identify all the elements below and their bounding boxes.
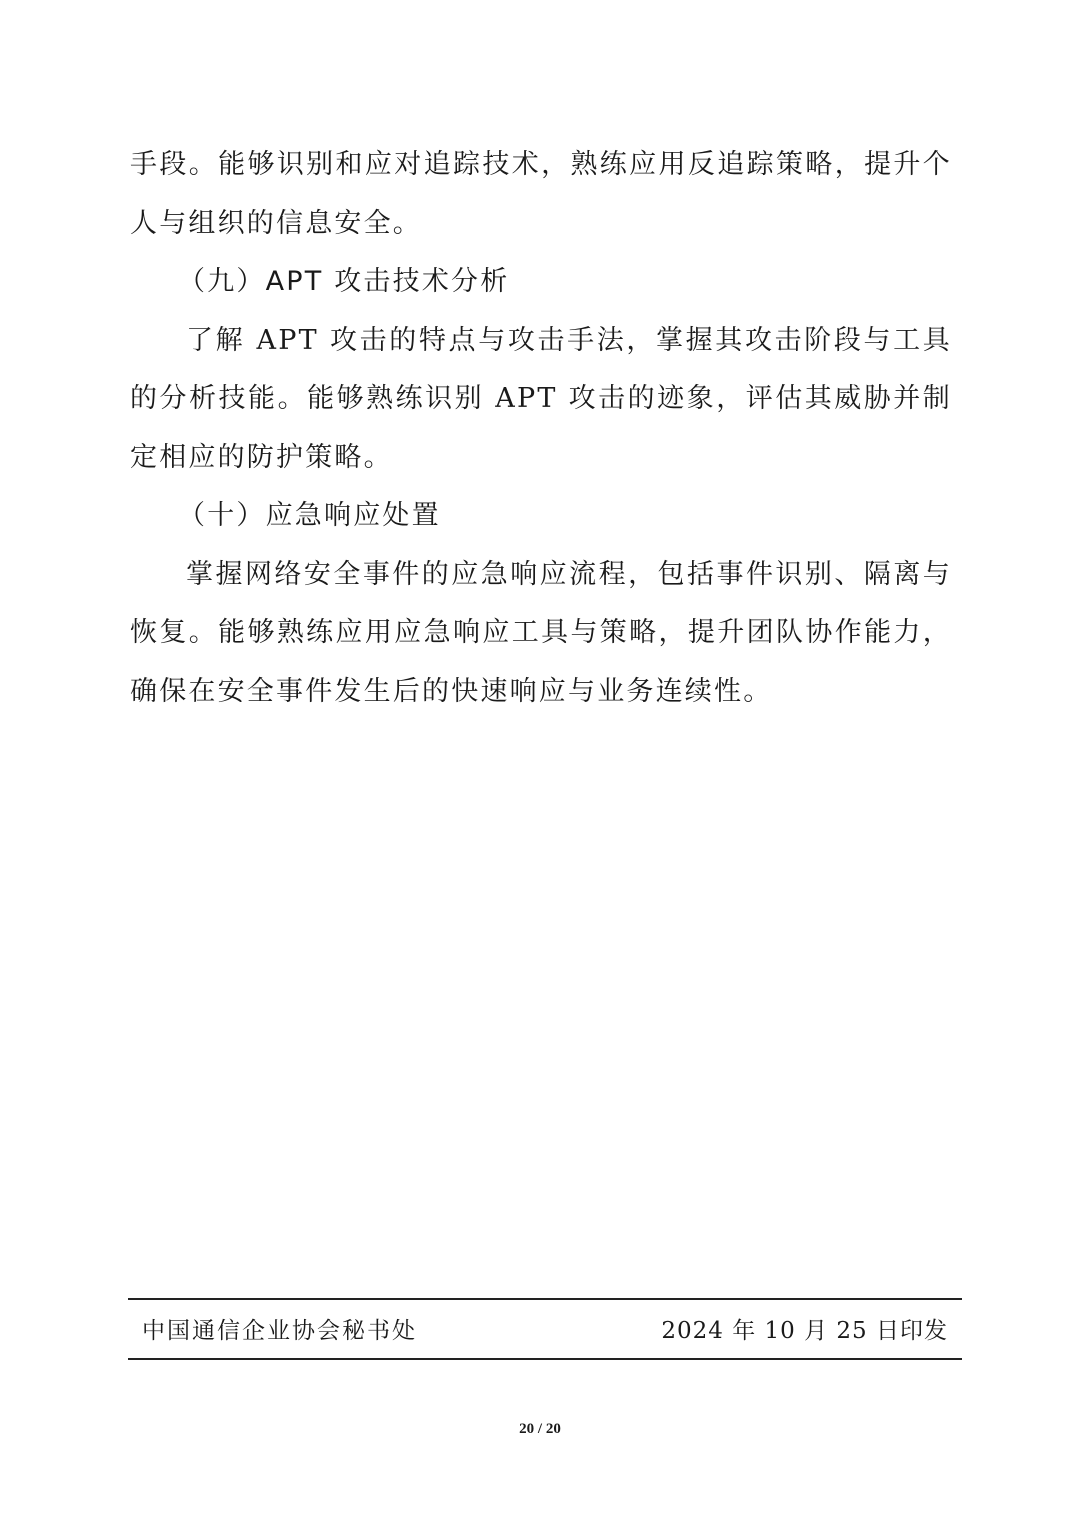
issuer-name: 中国通信企业协会秘书处 [142, 1312, 417, 1345]
section-heading-incident-response: （十）应急响应处置 [130, 487, 952, 546]
paragraph-apt-analysis: 了解 APT 攻击的特点与攻击手法，掌握其攻击阶段与工具的分析技能。能够熟练识别… [130, 312, 952, 488]
paragraph-continuation: 手段。能够识别和应对追踪技术，熟练应用反追踪策略，提升个人与组织的信息安全。 [130, 136, 952, 253]
issuance-footer: 中国通信企业协会秘书处 2024 年 10 月 25 日印发 [128, 1298, 962, 1360]
page-number: 20 / 20 [0, 1421, 1080, 1438]
document-body: 手段。能够识别和应对追踪技术，熟练应用反追踪策略，提升个人与组织的信息安全。 （… [130, 136, 952, 721]
paragraph-incident-response: 掌握网络安全事件的应急响应流程，包括事件识别、隔离与恢复。能够熟练应用应急响应工… [130, 546, 952, 722]
section-heading-apt-analysis: （九）APT 攻击技术分析 [130, 253, 952, 312]
issue-date: 2024 年 10 月 25 日印发 [661, 1312, 948, 1345]
